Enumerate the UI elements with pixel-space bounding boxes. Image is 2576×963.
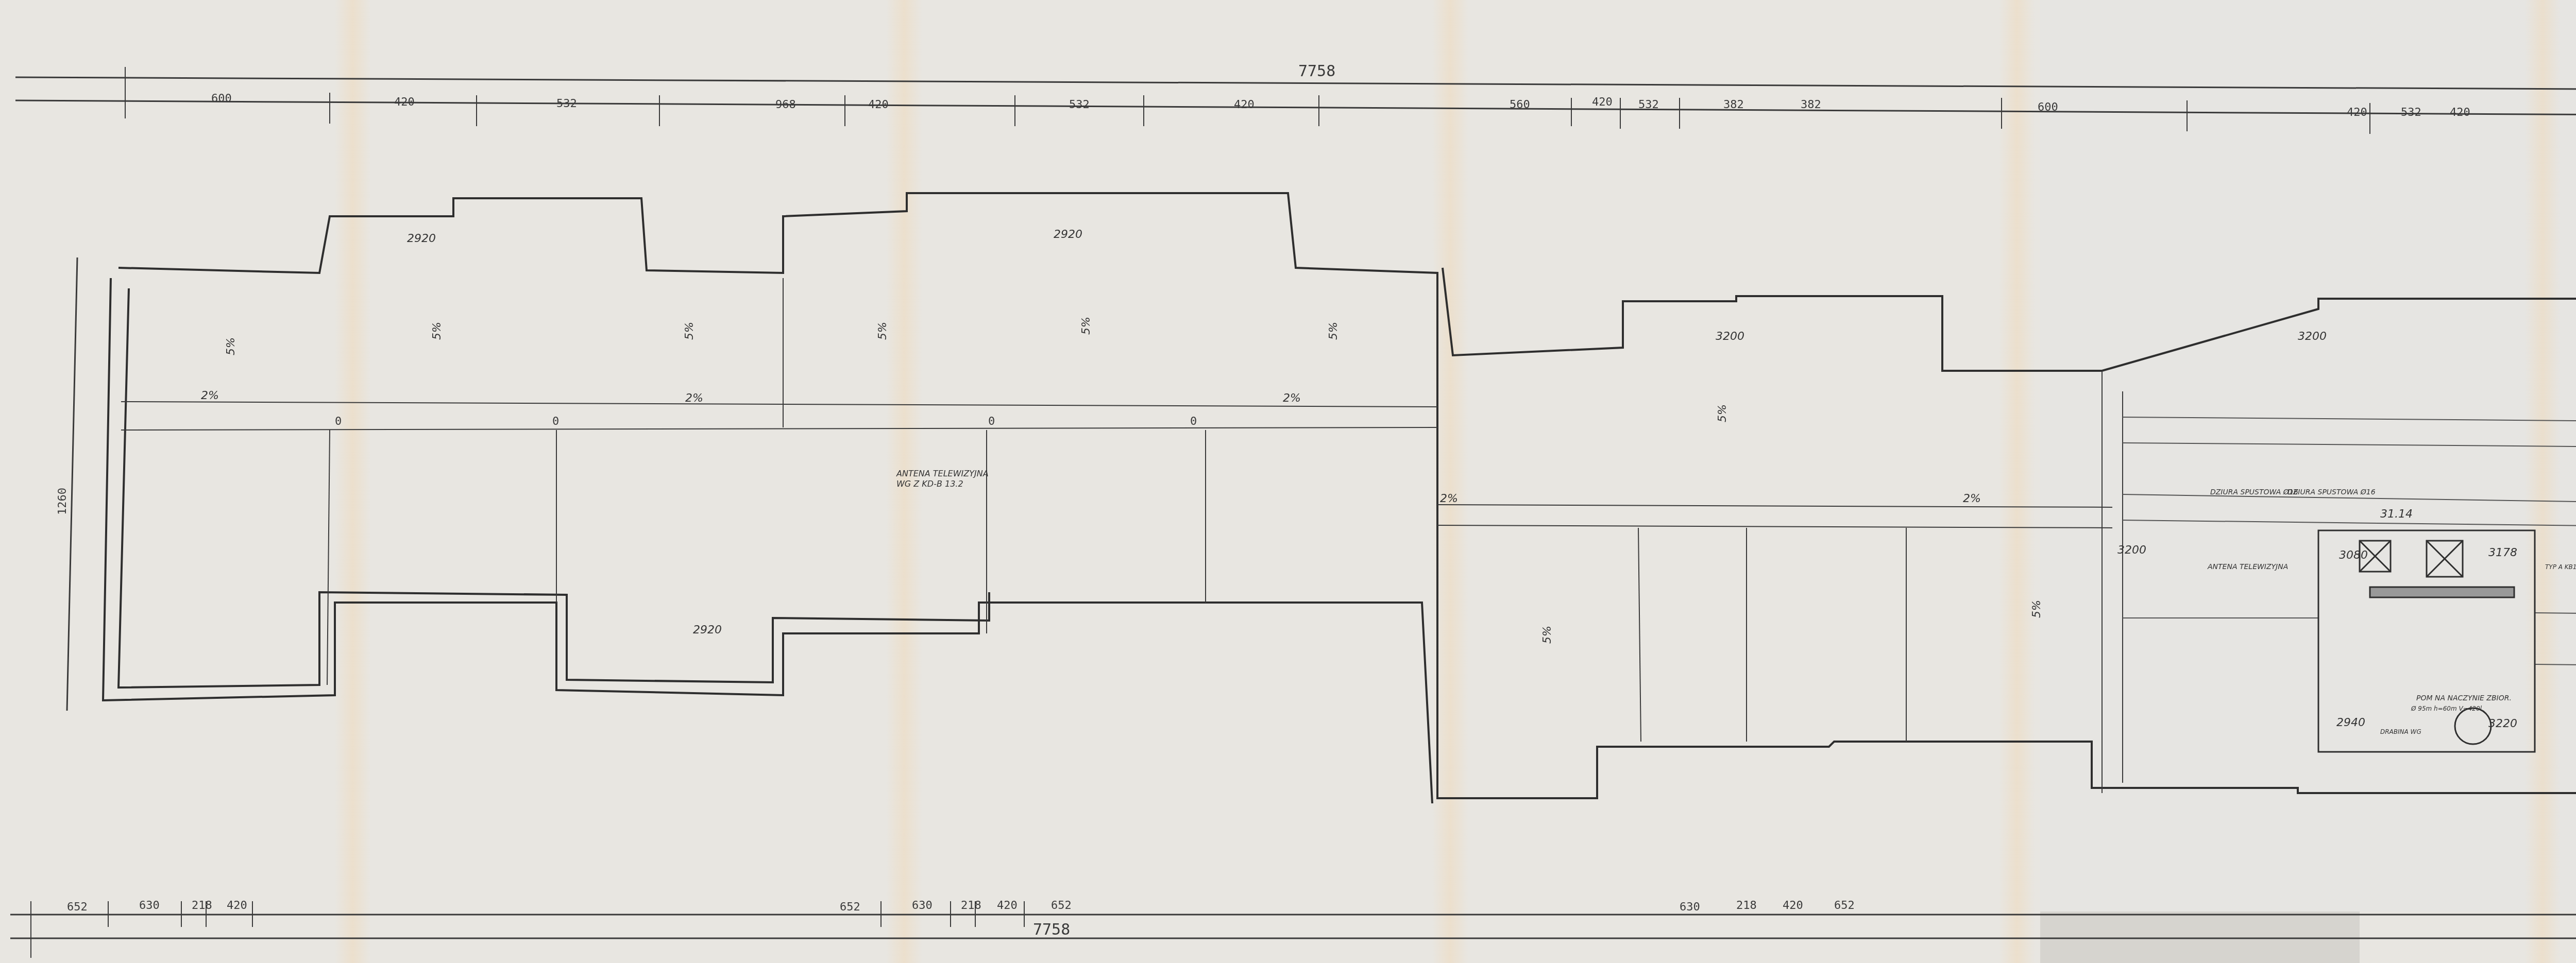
elevation-mark: 2920 [1054, 228, 1082, 241]
elevation-mark: 2940 [2336, 716, 2365, 729]
elevation-mark: 3178 [2488, 546, 2517, 559]
dim-label: 652 [1834, 899, 1855, 912]
dim-label: 532 [1069, 98, 1090, 111]
slope-label: 5% [1716, 404, 1729, 422]
elevation-mark: 31.14 [2380, 508, 2413, 521]
dim-label: 420 [997, 899, 1018, 912]
dim-label: 532 [1638, 98, 1659, 111]
drain-label: DZIURA SPUSTOWA Ø16 [2210, 488, 2298, 496]
type-label: TYP A KB1-31.6.1 [2545, 563, 2576, 571]
overall-dimension-line-top [15, 77, 2576, 90]
dim-label: 382 [1723, 98, 1744, 111]
slope-label: 5% [431, 322, 444, 340]
dim-label: 600 [211, 92, 232, 105]
tank-spec-label: Ø 95m h=60m V=420l [2411, 705, 2482, 712]
dim-label: 382 [1801, 98, 1821, 111]
slope-label: 2% [1963, 492, 1981, 505]
slope-label: 5% [1541, 626, 1554, 644]
elevation-mark: 3220 [2488, 717, 2517, 730]
dim-label: 420 [1234, 98, 1255, 111]
roof-parapet-lines [2123, 417, 2576, 667]
drain-label: DZIURA SPUSTOWA Ø16 [2287, 488, 2376, 496]
elevation-mark: 3080 [2339, 549, 2368, 562]
elevation-mark: 2920 [693, 624, 722, 637]
overall-dimension-bottom: 7758 [1033, 921, 1070, 939]
elevation-mark: 3200 [1716, 330, 1744, 343]
overall-dimension-top: 7758 [1298, 62, 1335, 80]
dim-label: 652 [67, 901, 88, 914]
elevation-mark: 3200 [2117, 544, 2146, 557]
dim-label: 420 [394, 96, 415, 109]
dim-label: 652 [1051, 899, 1072, 912]
antenna-label: ANTENA TELEWIZYJNA [2207, 563, 2288, 571]
dim-label: 532 [556, 97, 577, 110]
slope-label: 2% [201, 389, 219, 402]
ridge-mark: 0 [1190, 415, 1197, 428]
dim-label: 652 [840, 901, 860, 914]
dim-label: 218 [1736, 899, 1757, 912]
elevation-mark: 2920 [407, 232, 436, 245]
building-outline [103, 193, 2576, 803]
slope-label: 5% [225, 337, 238, 355]
dim-label: 420 [868, 98, 889, 111]
tank-room-label: POM NA NACZYNIE ZBIOR. [2416, 694, 2512, 702]
dim-label: 420 [2347, 106, 2367, 119]
dim-label: 630 [139, 899, 160, 912]
slope-label: 2% [685, 392, 703, 405]
dim-label: 420 [1783, 899, 1803, 912]
dim-label: 968 [775, 98, 796, 111]
ridge-mark: 0 [988, 415, 995, 428]
slope-label: 2% [1440, 492, 1458, 505]
elevation-mark: 3200 [2298, 330, 2327, 343]
left-height-dim: 1260 [56, 488, 69, 515]
slope-label: 2% [1283, 392, 1301, 405]
dim-label: 218 [192, 899, 212, 912]
antenna-ref-label: WG Z KD-B 13.2 [896, 479, 963, 489]
roof-plan-drawing: 7758 600 420 532 968 420 532 420 560 420… [0, 0, 2576, 963]
ridge-mark: 0 [552, 415, 559, 428]
ladder-label: DRABINA WG [2380, 728, 2421, 735]
antenna-label: ANTENA TELEWIZYJNA [896, 469, 989, 478]
slope-label: 5% [1327, 322, 1340, 340]
dim-label: 420 [2450, 106, 2470, 119]
dim-label: 560 [1510, 98, 1530, 111]
dim-label: 600 [2038, 101, 2058, 114]
slope-label: 5% [876, 322, 889, 340]
dim-label: 630 [912, 899, 933, 912]
ridge-mark: 0 [335, 415, 342, 428]
slope-label: 5% [2030, 600, 2043, 618]
slope-label: 5% [1080, 317, 1093, 335]
dim-label: 420 [1592, 96, 1613, 109]
dim-label: 532 [2401, 106, 2421, 119]
dim-label: 420 [227, 899, 247, 912]
slope-label: 5% [683, 322, 696, 340]
dim-label: 218 [961, 899, 981, 912]
dim-label: 630 [1680, 901, 1700, 914]
